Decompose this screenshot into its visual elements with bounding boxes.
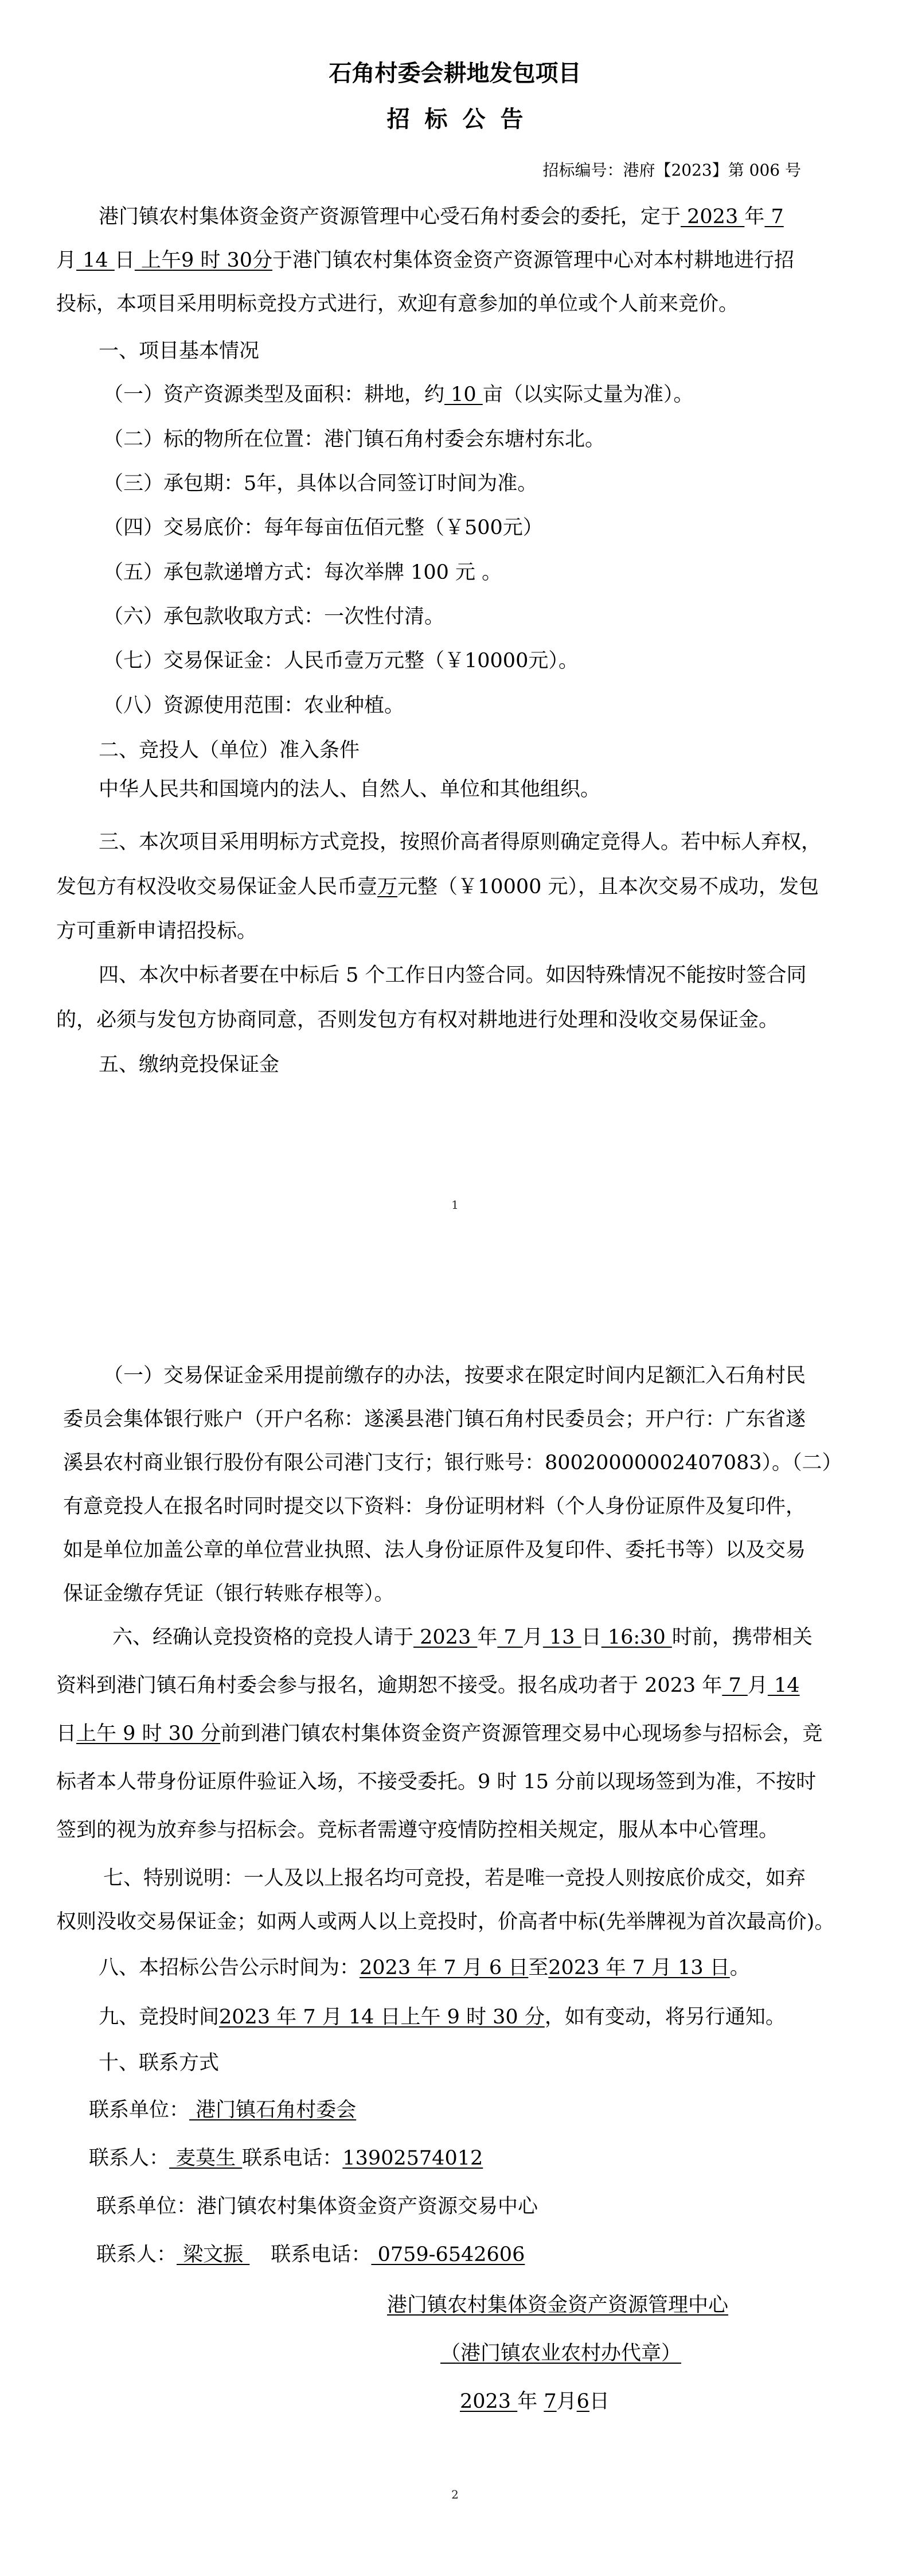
- document-title: 石角村委会耕地发包项目: [0, 55, 910, 88]
- contact-2-person: 联系人： 梁文振 联系电话： 0759-6542606: [96, 2239, 525, 2267]
- contact-1-unit: 联系单位： 港门镇石角村委会: [89, 2094, 356, 2123]
- section8-line: 八、本招标公告公示时间为：2023 年 7 月 6 日至2023 年 7 月 1…: [99, 1952, 750, 1980]
- intro-line-3: 投标，本项目采用明标竞投方式进行，欢迎有意参加的单位或个人前来竞价。: [56, 288, 739, 317]
- section5-line-6: 保证金缴存凭证（银行转账存根等）。: [63, 1578, 395, 1606]
- signature-date: 2023 年 7月6日: [460, 2386, 610, 2414]
- signature-seal: （港门镇农业农村办代章）: [440, 2337, 681, 2366]
- section7-line-1: 七、特别说明：一人及以上报名均可竞投，若是唯一竞投人则按底价成交，如弃: [103, 1862, 806, 1891]
- bidding-time: 2023 年 7 月 14 日上午 9 时 30 分: [219, 2006, 545, 2029]
- section6-line-4: 标者本人带身份证原件验证入场，不接受委托。9 时 15 分前以现场签到为准，不按…: [56, 1766, 816, 1795]
- section5-line-2: 委员会集体银行账户（开户名称：遂溪县港门镇石角村民委员会；开户行：广东省遂: [63, 1403, 806, 1432]
- section2-body: 中华人民共和国境内的法人、自然人、单位和其他组织。: [99, 773, 600, 802]
- section1-item-5: （五）承包款递增方式：每次举牌 100 元 。: [103, 557, 502, 585]
- document-subtitle: 招标公告: [0, 101, 910, 134]
- contact-2-phone: 0759-6542606: [371, 2243, 525, 2266]
- page-number-1: 1: [0, 1198, 910, 1212]
- contact-1-phone: 13902574012: [342, 2147, 483, 2170]
- section2-heading: 二、竞投人（单位）准入条件: [99, 734, 360, 763]
- section5-heading: 五、缴纳竞投保证金: [99, 1049, 279, 1077]
- publicity-end: 2023 年 7 月 13 日: [548, 1956, 730, 1979]
- tender-number: 招标编号：港府【2023】第 006 号: [542, 158, 801, 181]
- contact-2-unit: 联系单位：港门镇农村集体资金资产资源交易中心: [96, 2190, 538, 2219]
- section5-line-5: 如是单位加盖公章的单位营业执照、法人身份证原件及复印件、委托书等）以及交易: [63, 1534, 806, 1563]
- page-number-2: 2: [0, 2488, 910, 2501]
- section1-heading: 一、项目基本情况: [99, 335, 259, 364]
- section1-item-6: （六）承包款收取方式：一次性付清。: [103, 601, 444, 629]
- section4-line-2: 的，必须与发包方协商同意，否则发包方有权对耕地进行处理和没收交易保证金。: [56, 1004, 779, 1033]
- section5-line-3: 溪县农村商业银行股份有限公司港门支行；银行账号：8002000000240708…: [63, 1447, 842, 1476]
- section3-line-1: 三、本次项目采用明标方式竞投，按照价高者得原则确定竞得人。若中标人弃权，: [99, 826, 821, 855]
- section6-line-3: 日上午 9 时 30 分前到港门镇农村集体资金资产资源管理交易中心现场参与招标会…: [56, 1718, 822, 1746]
- section1-item-1: （一）资产资源类型及面积：耕地，约 10 亩（以实际丈量为准）。: [103, 379, 693, 407]
- section1-item-7: （七）交易保证金：人民币壹万元整（￥10000元）。: [103, 645, 579, 674]
- section5-line-1: （一）交易保证金采用提前缴存的办法，按要求在限定时间内足额汇入石角村民: [103, 1360, 806, 1388]
- bid-time: 上午9 时 30分: [135, 249, 272, 272]
- signature-org: 港门镇农村集体资金资产资源管理中心: [387, 2289, 728, 2318]
- section10-heading: 十、联系方式: [99, 2047, 219, 2076]
- section3-line-3: 方可重新申请招投标。: [56, 915, 257, 944]
- intro-line-1: 港门镇农村集体资金资产资源管理中心受石角村委会的委托，定于 2023 年 7: [99, 201, 784, 229]
- section6-line-1: 六、经确认竞投资格的竞投人请于 2023 年 7 月 13 日 16:30 时前…: [112, 1621, 813, 1650]
- publicity-start: 2023 年 7 月 6 日: [360, 1956, 528, 1979]
- section3-line-2: 发包方有权没收交易保证金人民币壹万元整（￥10000 元），且本次交易不成功，发…: [56, 871, 819, 900]
- section1-item-8: （八）资源使用范围：农业种植。: [103, 690, 404, 718]
- section1-item-3: （三）承包期：5年，具体以合同签订时间为准。: [103, 468, 537, 496]
- bid-year: 2023: [681, 205, 744, 228]
- bid-day: 14: [76, 249, 115, 272]
- section7-line-2: 权则没收交易保证金；如两人或两人以上竞投时，价高者中标(先举牌视为首次最高价)。: [56, 1906, 834, 1935]
- section1-item-2: （二）标的物所在位置：港门镇石角村委会东塘村东北。: [103, 423, 605, 452]
- bid-month: 7: [764, 205, 783, 228]
- section1-item-4: （四）交易底价：每年每亩伍佰元整（￥500元）: [103, 512, 543, 540]
- section5-line-4: 有意竞投人在报名时同时提交以下资料：身份证明材料（个人身份证原件及复印件，: [63, 1491, 806, 1519]
- intro-line-2: 月 14 日 上午9 时 30分于港门镇农村集体资金资产资源管理中心对本村耕地进…: [56, 244, 794, 273]
- contact-1-person: 联系人： 麦莫生 联系电话：13902574012: [89, 2142, 483, 2171]
- section6-line-5: 签到的视为放弃参与招标会。竞标者需遵守疫情防控相关规定，服从本中心管理。: [56, 1814, 779, 1843]
- section6-line-2: 资料到港门镇石角村委会参与报名，逾期恕不接受。报名成功者于 2023 年 7 月…: [56, 1670, 800, 1698]
- section9-line: 九、竞投时间2023 年 7 月 14 日上午 9 时 30 分，如有变动，将另…: [99, 2001, 786, 2030]
- land-area: 10: [444, 383, 483, 406]
- section4-line-1: 四、本次中标者要在中标后 5 个工作日内签合同。如因特殊情况不能按时签合同: [99, 959, 807, 988]
